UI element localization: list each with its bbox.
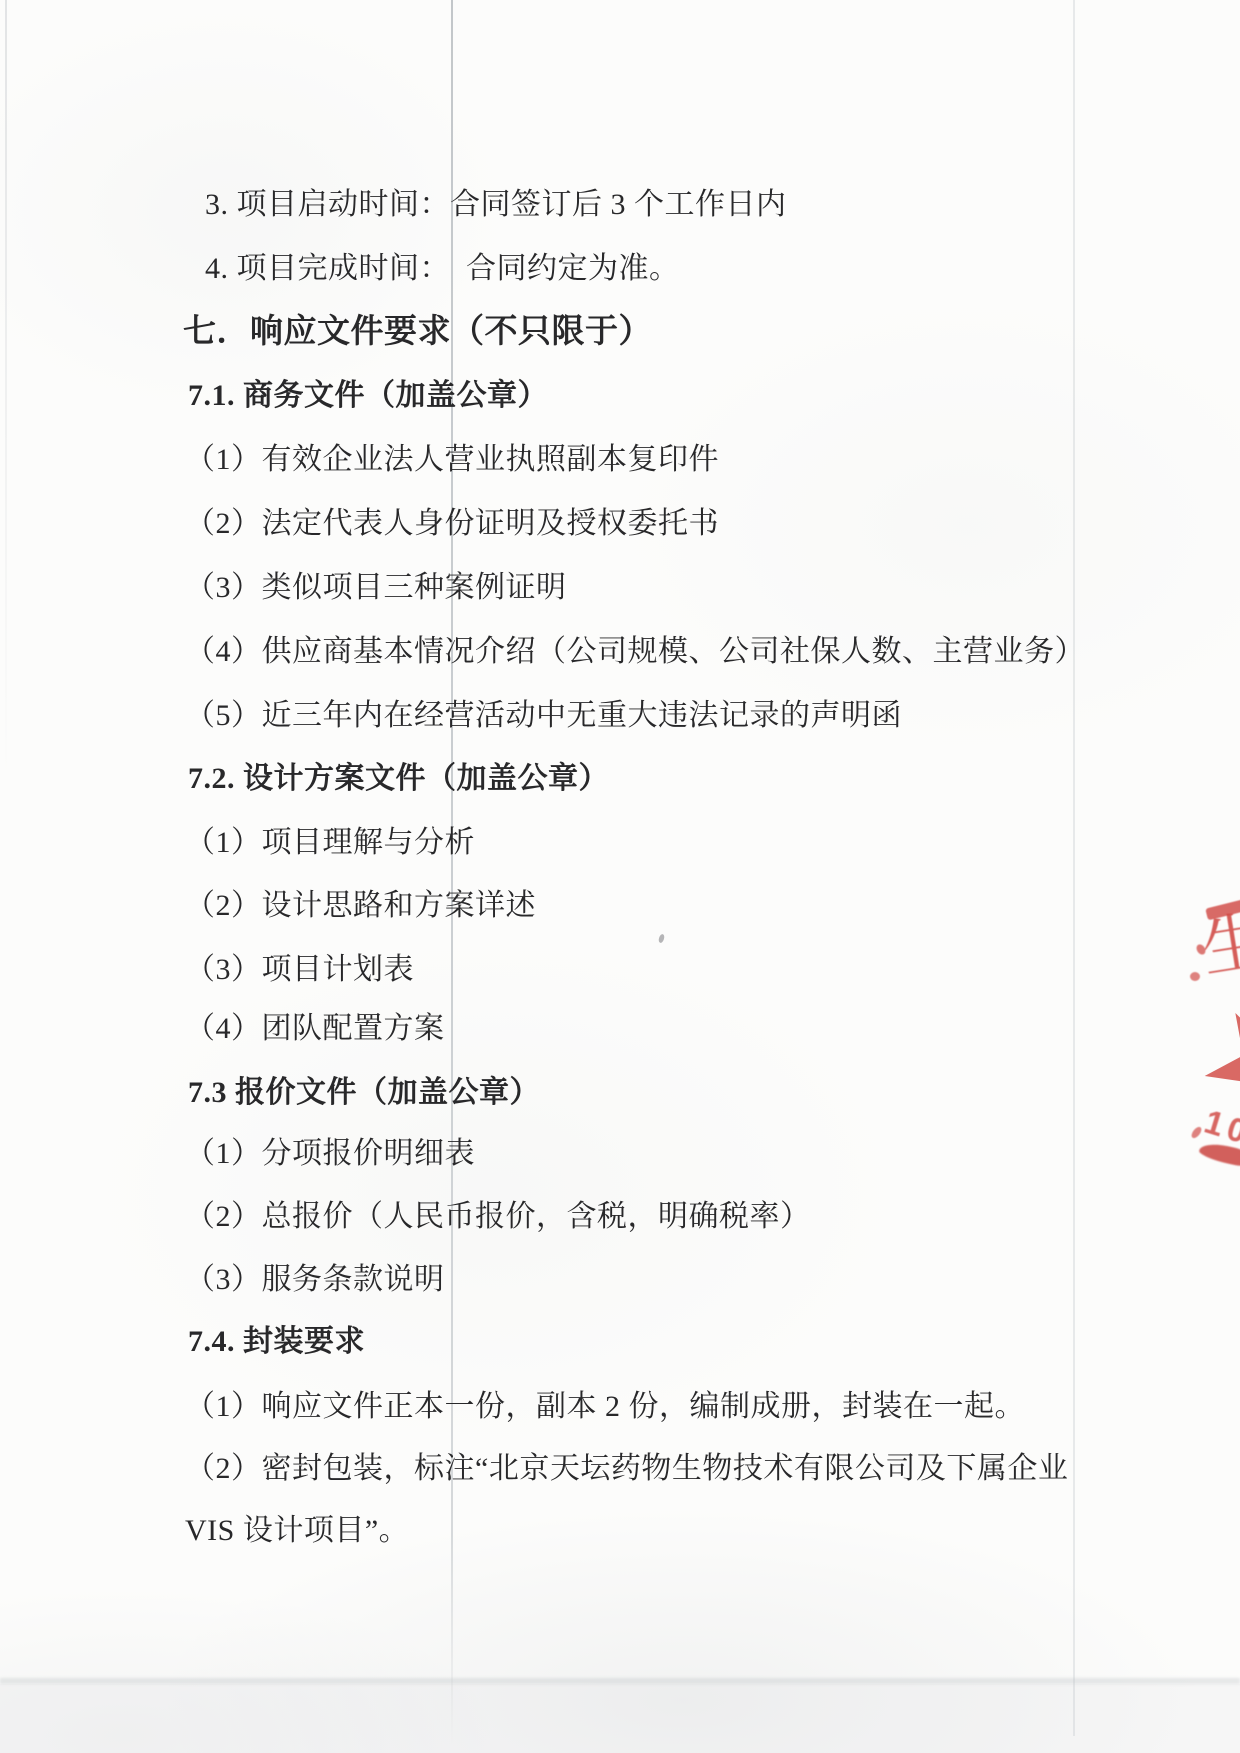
item-sealed-package-continued: VIS 设计项目”。 — [185, 1512, 409, 1550]
item-total-quote: （2）总报价（人民币报价，含税，明确税率） — [185, 1198, 811, 1236]
item-business-license: （1）有效企业法人营业执照副本复印件 — [185, 441, 719, 479]
subsection-7-3-heading: 7.3 报价文件（加盖公章） — [188, 1074, 540, 1112]
seal-ink-tick — [1190, 1125, 1204, 1140]
item-copies-binding: （1）响应文件正本一份，副本 2 份，编制成册，封装在一起。 — [185, 1388, 1025, 1426]
item-service-terms: （3）服务条款说明 — [185, 1261, 445, 1299]
paper-edge-line — [5, 0, 7, 780]
seal-ink-dot — [1190, 972, 1200, 981]
item-itemized-quote: （1）分项报价明细表 — [185, 1135, 475, 1173]
subsection-7-4-heading: 7.4. 封装要求 — [188, 1323, 365, 1361]
seal-star-icon — [1183, 985, 1240, 1145]
scan-shadow-area — [0, 1684, 1240, 1753]
seal-serial-fragment: 101 — [1200, 1103, 1240, 1160]
item-project-understanding: （1）项目理解与分析 — [185, 824, 475, 862]
item-no-violation-declaration: （5）近三年内在经营活动中无重大违法记录的声明函 — [185, 697, 902, 735]
item-legal-rep-id: （2）法定代表人身份证明及授权委托书 — [185, 505, 719, 543]
seal-ink-mark-top — [1205, 898, 1240, 921]
line-project-start-time: 3. 项目启动时间：合同签订后 3 个工作日内 — [205, 186, 787, 224]
seal-border-arc — [1198, 1141, 1240, 1169]
item-team-plan: （4）团队配置方案 — [185, 1010, 445, 1048]
scanned-document-page: 3. 项目启动时间：合同签订后 3 个工作日内 4. 项目完成时间： 合同约定为… — [0, 0, 1240, 1753]
seal-ink-dot — [1195, 943, 1208, 957]
section-7-heading: 七．响应文件要求（不只限于） — [183, 312, 652, 350]
line-project-finish-time: 4. 项目完成时间： 合同约定为准。 — [205, 250, 680, 288]
subsection-7-2-heading: 7.2. 设计方案文件（加盖公章） — [188, 760, 609, 798]
ink-speck — [658, 933, 666, 943]
paper-fold-line-right — [1073, 0, 1075, 1736]
seal-character-fragment: 生 — [1197, 908, 1240, 983]
item-project-plan: （3）项目计划表 — [185, 951, 414, 989]
item-supplier-profile: （4）供应商基本情况介绍（公司规模、公司社保人数、主营业务） — [185, 633, 1085, 671]
item-design-approach: （2）设计思路和方案详述 — [185, 887, 536, 925]
item-similar-cases: （3）类似项目三种案例证明 — [185, 569, 567, 607]
subsection-7-1-heading: 7.1. 商务文件（加盖公章） — [188, 377, 548, 415]
item-sealed-package: （2）密封包装，标注“北京天坛药物生物技术有限公司及下属企业 — [185, 1450, 1068, 1488]
